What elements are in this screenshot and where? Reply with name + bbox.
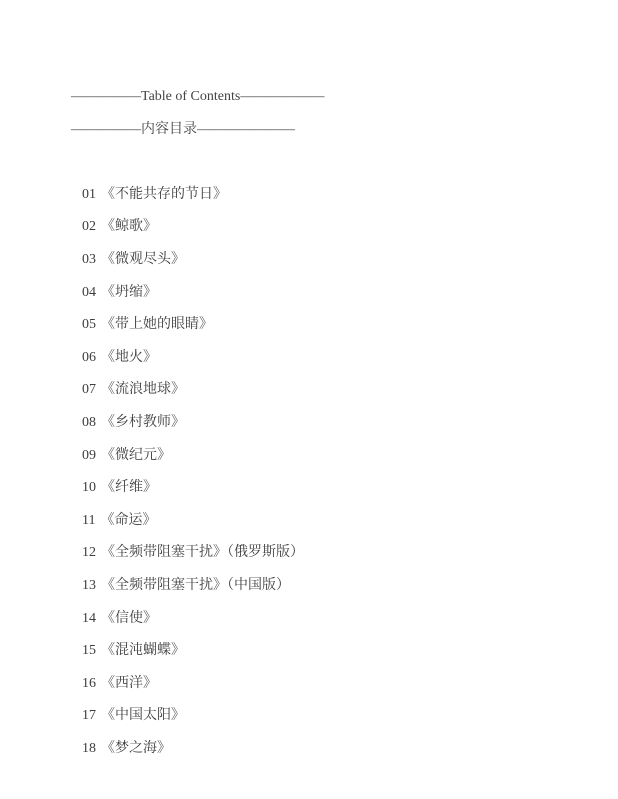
toc-item: 01《不能共存的节日》 xyxy=(68,146,578,179)
toc-item-title: 《微纪元》 xyxy=(101,448,171,463)
toc-item-title: 《梦之海》 xyxy=(101,741,171,756)
toc-item-number: 07 xyxy=(82,374,96,407)
toc-item-number: 02 xyxy=(82,211,96,244)
toc-item-title: 《地火》 xyxy=(101,350,157,365)
toc-item-number: 03 xyxy=(82,244,96,277)
toc-item-title: 《西洋》 xyxy=(101,676,157,691)
toc-item-number: 13 xyxy=(82,570,96,603)
toc-item-number: 16 xyxy=(82,668,96,701)
toc-item-number: 12 xyxy=(82,537,96,570)
toc-item-title: 《中国太阳》 xyxy=(101,708,185,723)
toc-item-number: 10 xyxy=(82,472,96,505)
toc-item-title: 《带上她的眼睛》 xyxy=(101,317,213,332)
header-contents-chinese: —————内容目录——————— xyxy=(71,114,578,147)
toc-item-title: 《不能共存的节日》 xyxy=(101,187,227,202)
toc-item-number: 15 xyxy=(82,635,96,668)
toc-item-number: 09 xyxy=(82,440,96,473)
toc-item-number: 01 xyxy=(82,179,96,212)
toc-item-title: 《命运》 xyxy=(100,513,156,528)
toc-item-title: 《鲸歌》 xyxy=(101,219,157,234)
toc-list: 01《不能共存的节日》 02《鲸歌》 03《微观尽头》 04《坍缩》 05《带上… xyxy=(68,146,578,733)
toc-item-title: 《纤维》 xyxy=(101,480,157,495)
toc-item-number: 08 xyxy=(82,407,96,440)
toc-item-number: 18 xyxy=(82,733,96,766)
toc-item-number: 04 xyxy=(82,277,96,310)
toc-item-title: 《流浪地球》 xyxy=(101,382,185,397)
toc-item-title: 《坍缩》 xyxy=(101,285,157,300)
toc-item-number: 05 xyxy=(82,309,96,342)
toc-item-title: 《信使》 xyxy=(101,611,157,626)
toc-item-number: 14 xyxy=(82,603,96,636)
toc-item-number: 06 xyxy=(82,342,96,375)
toc-item-title: 《混沌蝴蝶》 xyxy=(101,643,185,658)
document-page: —————Table of Contents—————— —————内容目录——… xyxy=(68,81,578,733)
toc-item-title: 《全频带阻塞干扰》（俄罗斯版） xyxy=(101,545,304,560)
toc-item-title: 《微观尽头》 xyxy=(101,252,185,267)
header-table-of-contents: —————Table of Contents—————— xyxy=(71,81,578,114)
toc-item-title: 《乡村教师》 xyxy=(101,415,185,430)
toc-item-title: 《全频带阻塞干扰》（中国版） xyxy=(101,578,290,593)
toc-item-number: 11 xyxy=(82,505,95,538)
toc-item-number: 17 xyxy=(82,700,96,733)
